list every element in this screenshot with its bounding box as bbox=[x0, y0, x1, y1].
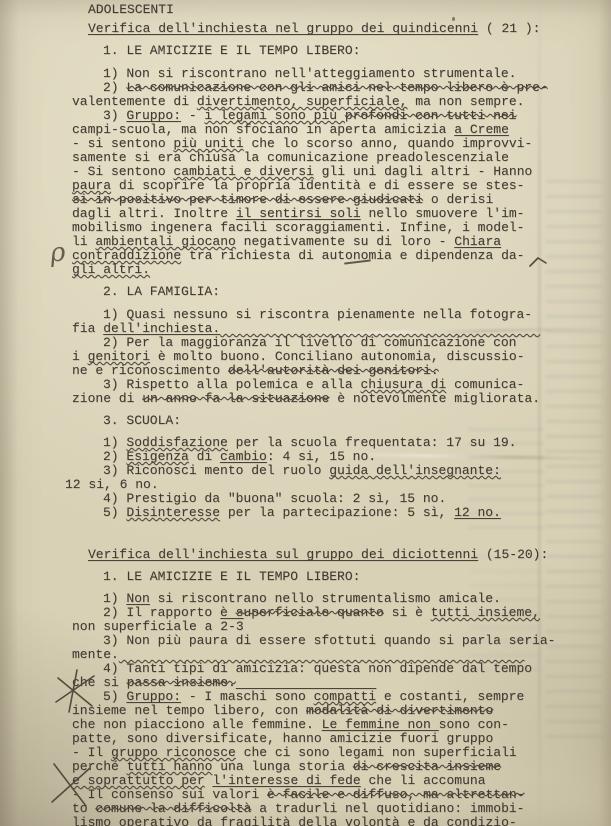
paper-speck bbox=[452, 17, 455, 21]
text-line: che si passa insieme. bbox=[72, 676, 602, 690]
text-line: - si sentono più uniti che lo scorso ann… bbox=[72, 137, 602, 151]
text-line: - Il consenso sui valori è facile e diff… bbox=[72, 788, 602, 802]
text-line: 2. LA FAMIGLIA: bbox=[72, 285, 602, 299]
rho-pencil-mark: ρ bbox=[48, 237, 66, 268]
pen-check-mark bbox=[528, 254, 548, 270]
text-line: - Si sentono cambiati e diversi gli uni … bbox=[72, 165, 602, 179]
text-line: 1. LE AMICIZIE E IL TEMPO LIBERO: bbox=[72, 44, 602, 58]
text-line: i genitori è molto buono. Conciliano aut… bbox=[72, 350, 602, 364]
text-line: - Il gruppo riconosce che ci sono legami… bbox=[72, 746, 602, 760]
text-line: to comune la difficoltà a tradurli nel q… bbox=[72, 802, 602, 816]
text-line: li ambientali giocano negativamente su d… bbox=[72, 235, 602, 249]
text-line: 3) Riconosci mento del ruolo guida dell'… bbox=[72, 464, 602, 478]
text-line: 12 si, 6 no. bbox=[65, 478, 602, 492]
x-pen-mark bbox=[50, 758, 94, 810]
text-line: ADOLESCENTI bbox=[72, 3, 602, 17]
text-line: 5) Gruppo: - I maschi sono compatti e co… bbox=[72, 690, 602, 704]
text-line: perché tutti hanno una lunga storia di c… bbox=[72, 760, 602, 774]
text-line: 3. SCUOLA: bbox=[72, 414, 602, 428]
text-line: contraddizione tra richiesta di autonomi… bbox=[72, 249, 602, 263]
text-line: 4) Tanti tipi di amicizia: questa non di… bbox=[72, 662, 602, 676]
document-lines: ADOLESCENTIVerifica dell'inchiesta nel g… bbox=[72, 3, 602, 826]
text-line: Verifica dell'inchiesta sul gruppo dei d… bbox=[72, 548, 602, 562]
scanned-page: ADOLESCENTIVerifica dell'inchiesta nel g… bbox=[0, 0, 611, 826]
text-line: 4) Prestigio da "buona" scuola: 2 sì, 15… bbox=[72, 492, 602, 506]
text-line: 1) Non si riscontrano nell'atteggiamento… bbox=[72, 67, 602, 81]
text-line: si in positivo per timore di essere giud… bbox=[72, 193, 602, 207]
text-line: che non piacciono alle femmine. Le femmi… bbox=[72, 718, 602, 732]
text-line: 2) Esigenza di cambio: 4 si, 15 no. bbox=[72, 450, 602, 464]
text-line: non superficiale a 2-3 bbox=[72, 620, 602, 634]
text-line: lismo operativo da fragilità della volon… bbox=[72, 816, 602, 826]
text-line: 1) Soddisfazione per la scuola frequenta… bbox=[72, 436, 602, 450]
text-line: samente si era chiusa la comunicazione p… bbox=[72, 151, 602, 165]
text-line: 1. LE AMICIZIE E IL TEMPO LIBERO: bbox=[72, 570, 602, 584]
text-line: gli altri. bbox=[72, 263, 602, 277]
text-line: mobilismo ingenera facili scoraggiamenti… bbox=[72, 221, 602, 235]
text-line: 2) Per la maggioranza il livello di comu… bbox=[72, 336, 602, 350]
text-line: 3) Gruppo: - i legami sono più profondi … bbox=[72, 109, 602, 123]
text-line: insieme nel tempo libero, con modalità d… bbox=[72, 704, 602, 718]
text-line: 3) Non più paura di essere sfottuti quan… bbox=[72, 634, 602, 648]
asterisk-pen-mark bbox=[52, 668, 98, 714]
text-line: 2) Il rapporto è superficiale quanto si … bbox=[72, 606, 602, 620]
text-line: paura di scoprire la propria identità e … bbox=[72, 179, 602, 193]
text-line: zione di un anno fa la situazione è note… bbox=[72, 392, 602, 406]
text-line: Verifica dell'inchiesta nel gruppo dei q… bbox=[72, 22, 602, 36]
text-line: ne e riconoscimento dell'autorità dei ge… bbox=[72, 364, 602, 378]
text-line: valentemente di divertimento, superficia… bbox=[72, 95, 602, 109]
typewritten-document: ADOLESCENTIVerifica dell'inchiesta nel g… bbox=[72, 3, 602, 826]
text-line: dagli altri. Inoltre il sentirsi soli ne… bbox=[72, 207, 602, 221]
text-line: 5) Disinteresse per la partecipazione: 5… bbox=[72, 506, 602, 520]
text-line: 1) Non si riscontrano nello strumentalis… bbox=[72, 592, 602, 606]
text-line: mente. bbox=[72, 648, 602, 662]
text-line: 3) Rispetto alla polemica e alla chiusur… bbox=[72, 378, 602, 392]
text-line: 1) Quasi nessuno si riscontra pienamente… bbox=[72, 308, 602, 322]
text-line: campi-scuola, ma non sfociano in aperta … bbox=[72, 123, 602, 137]
text-line: e soprattutto per l'interesse di fede ch… bbox=[72, 774, 602, 788]
text-line: fia dell'inchiesta. bbox=[72, 322, 602, 336]
text-line: patte, sono diversificate, hanno amicizi… bbox=[72, 732, 602, 746]
text-line: 2) La comunicazione con gli amici nel te… bbox=[72, 81, 602, 95]
